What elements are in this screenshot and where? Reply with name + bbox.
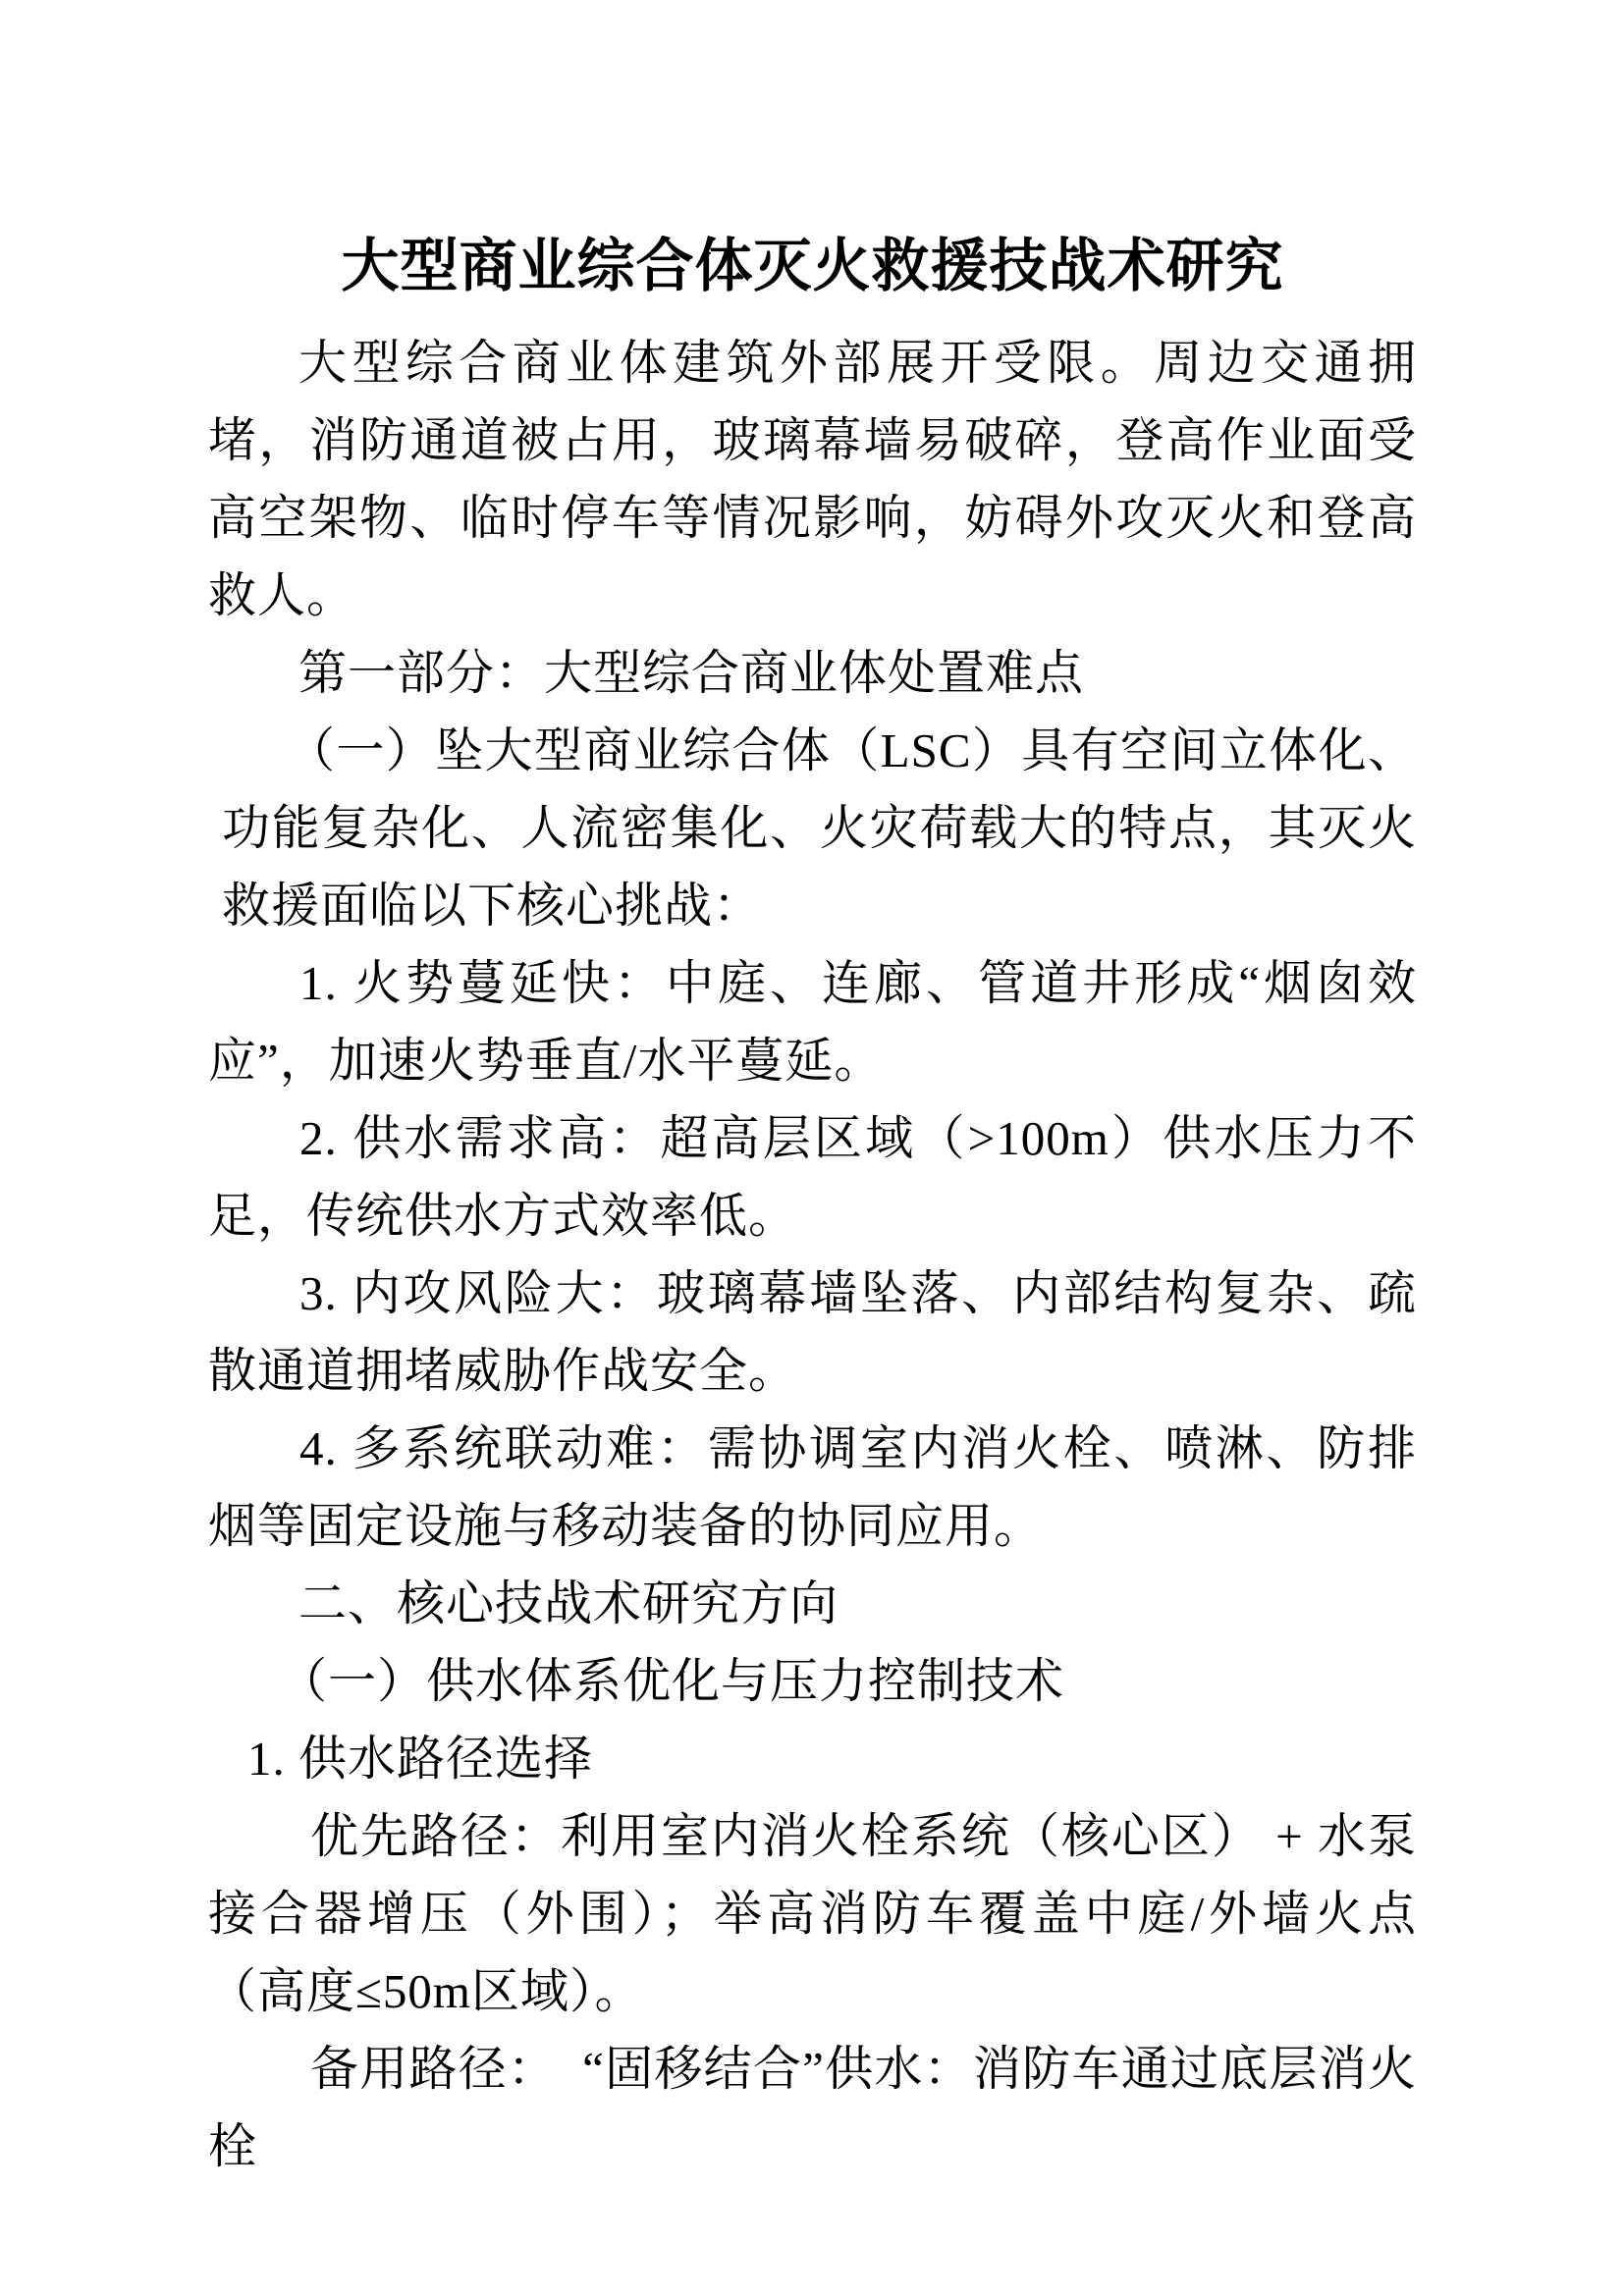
paragraph-priority-path: 优先路径：利用室内消火栓系统（核心区） + 水泵接合器增压（外围）；举高消防车覆… [208,1797,1417,2030]
paragraph-part2-heading: 二、核心技战术研究方向 [208,1565,1417,1642]
paragraph-challenge-4: 4. 多系统联动难：需协调室内消火栓、喷淋、防排烟等固定设施与移动装备的协同应用… [208,1410,1417,1565]
paragraph-section1-overview: （一）坠大型商业综合体（LSC）具有空间立体化、功能复杂化、人流密集化、火灾荷载… [208,712,1417,944]
paragraph-water-path-heading: 1. 供水路径选择 [208,1720,1417,1797]
paragraph-challenge-1: 1. 火势蔓延快：中庭、连廊、管道井形成“烟囱效应”，加速火势垂直/水平蔓延。 [208,944,1417,1099]
paragraph-challenge-2: 2. 供水需求高：超高层区域（>100m）供水压力不足，传统供水方式效率低。 [208,1099,1417,1255]
paragraph-section-water-supply-heading: （一）供水体系优化与压力控制技术 [208,1642,1417,1720]
paragraph-part1-heading: 第一部分：大型综合商业体处置难点 [208,634,1417,712]
document-page: 大型商业综合体灭火救援技战术研究 大型综合商业体建筑外部展开受限。周边交通拥堵，… [0,0,1623,2296]
paragraph-challenge-3: 3. 内攻风险大：玻璃幕墙坠落、内部结构复杂、疏散通道拥堵威胁作战安全。 [208,1255,1417,1410]
document-title: 大型商业综合体灭火救援技战术研究 [208,222,1417,310]
paragraph-backup-path: 备用路径： “固移结合”供水：消防车通过底层消火栓 [208,2030,1417,2185]
paragraph-intro: 大型综合商业体建筑外部展开受限。周边交通拥堵，消防通道被占用，玻璃幕墙易破碎，登… [208,324,1417,634]
